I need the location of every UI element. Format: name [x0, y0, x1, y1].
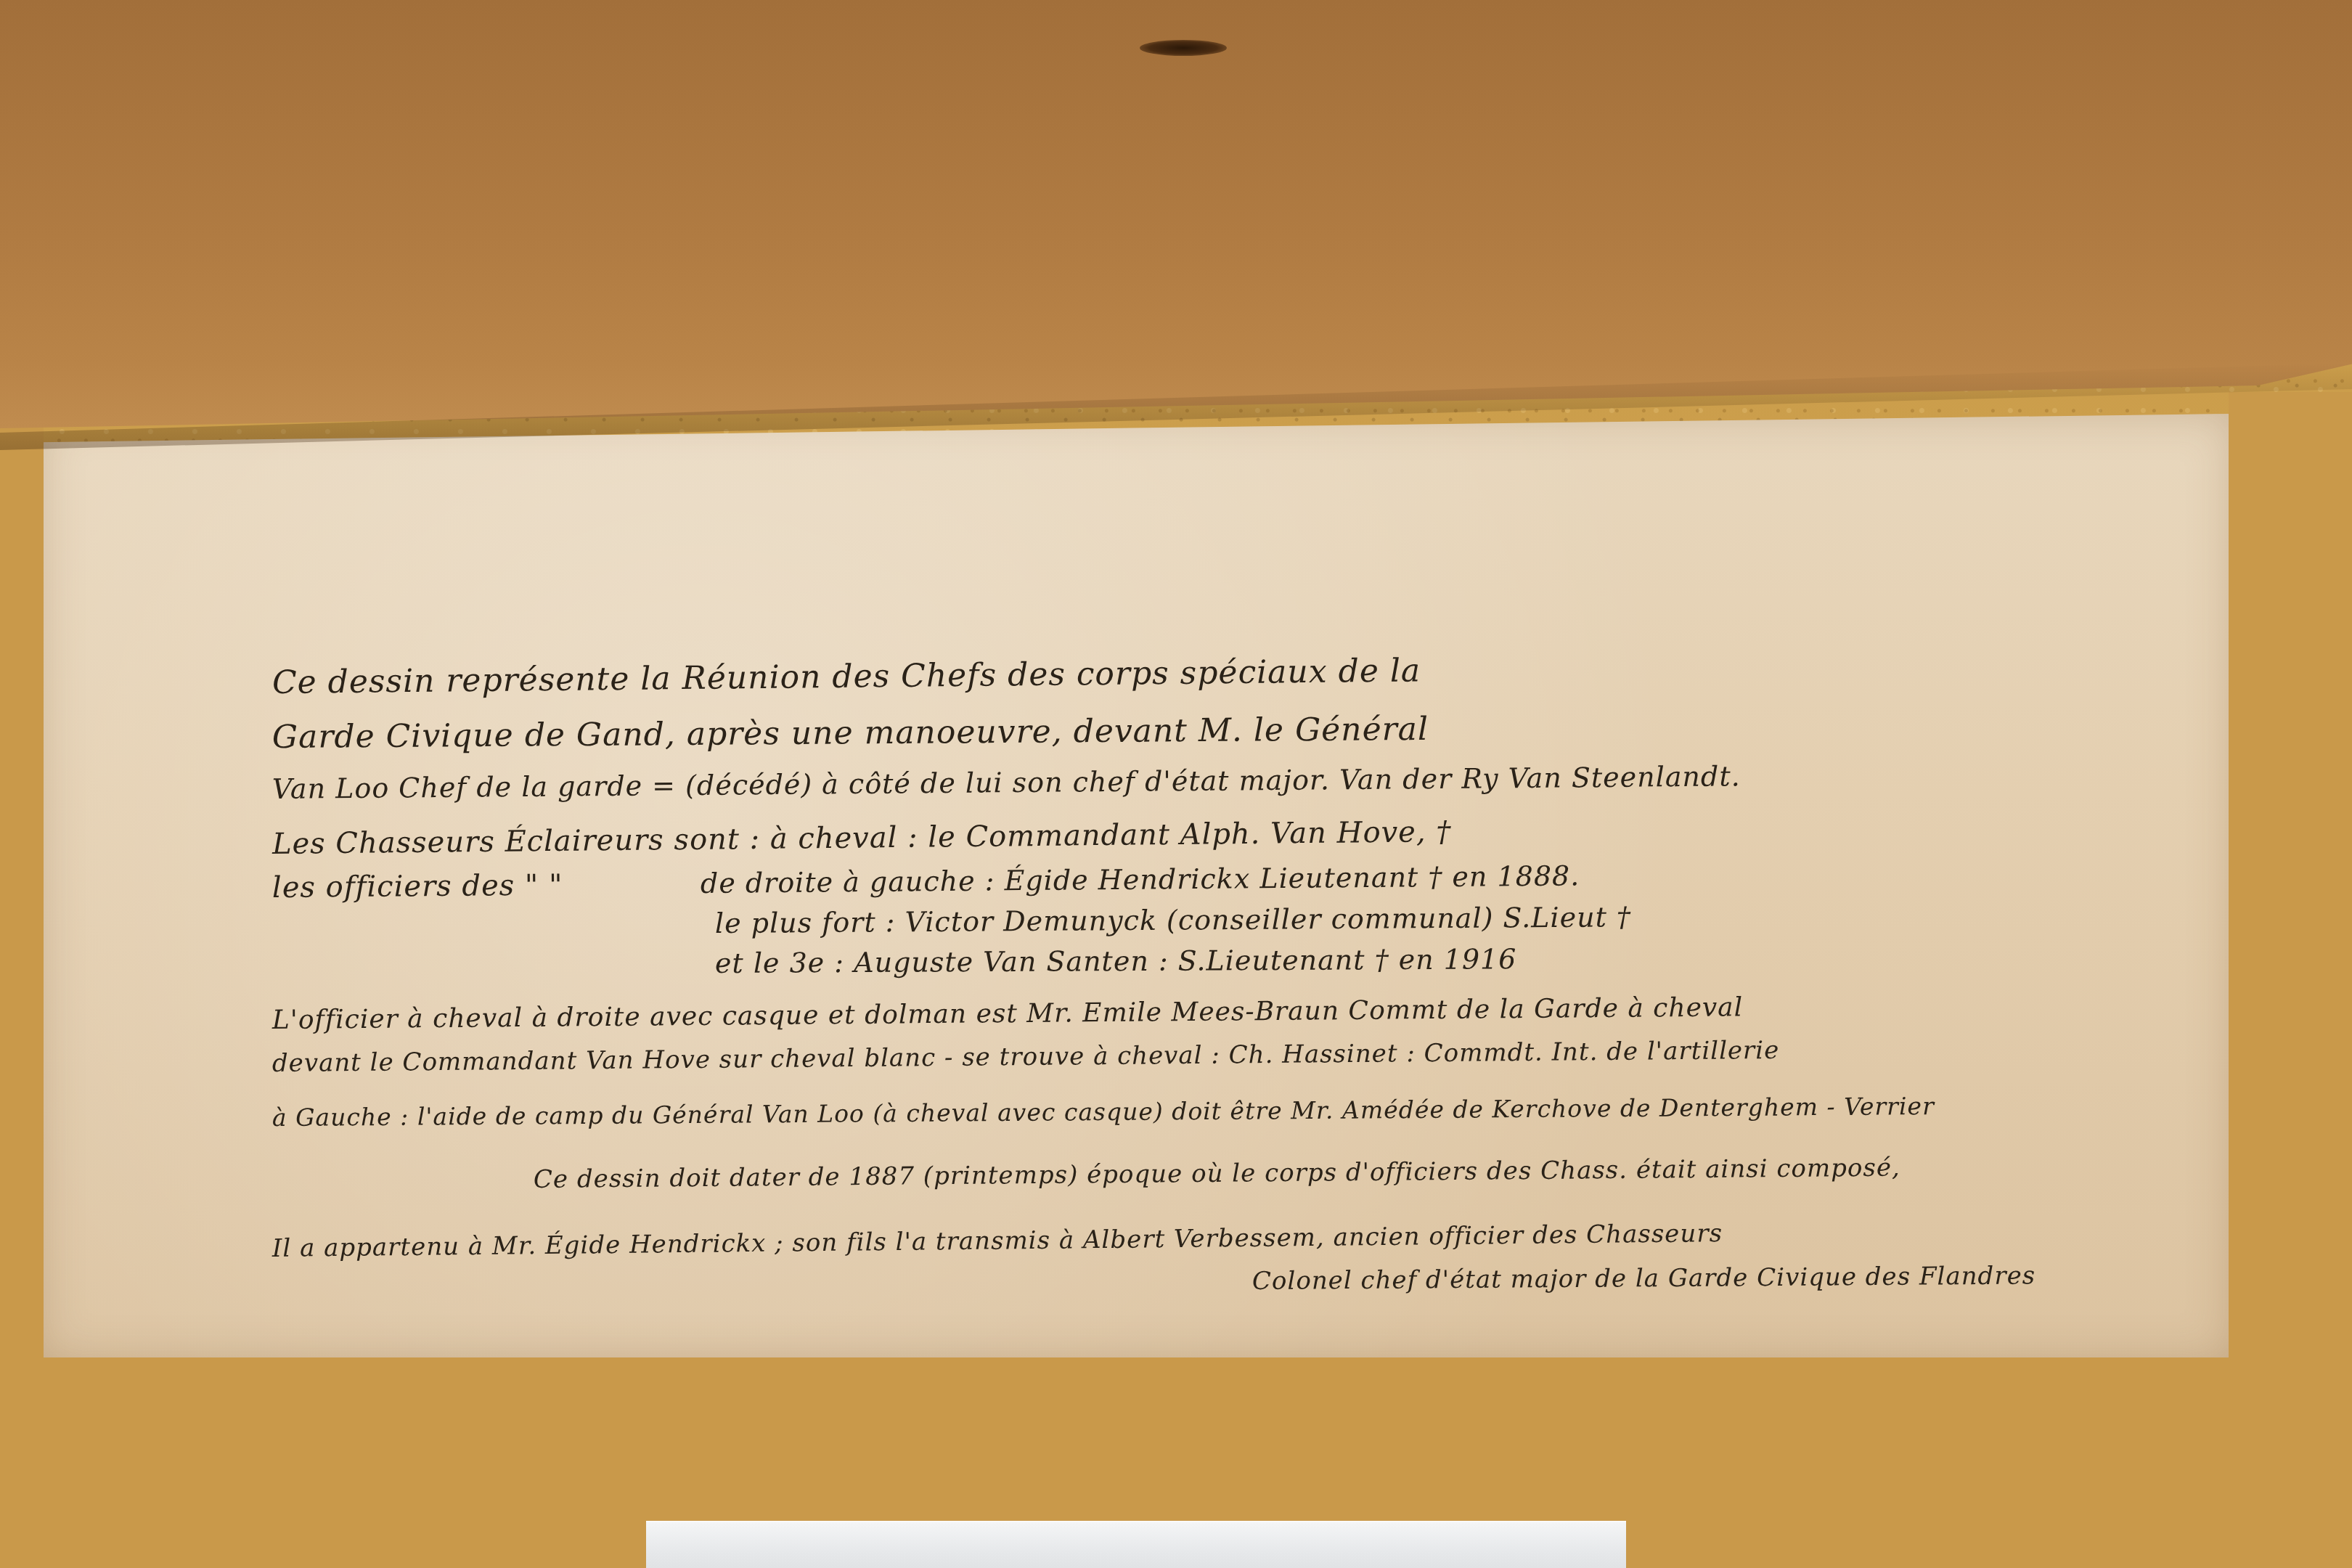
note-line: Colonel chef d'état major de la Garde Ci… — [1252, 1261, 2035, 1296]
plastic-sleeve — [646, 1521, 1626, 1568]
note-line: et le 3e : Auguste Van Santen : S.Lieute… — [715, 943, 1517, 979]
slot-hole-icon — [1140, 40, 1227, 56]
note-line: les officiers des " " — [272, 869, 563, 905]
note-line: le plus fort : Victor Demunyck (conseill… — [715, 901, 1631, 939]
cardboard-flap — [0, 0, 2352, 428]
